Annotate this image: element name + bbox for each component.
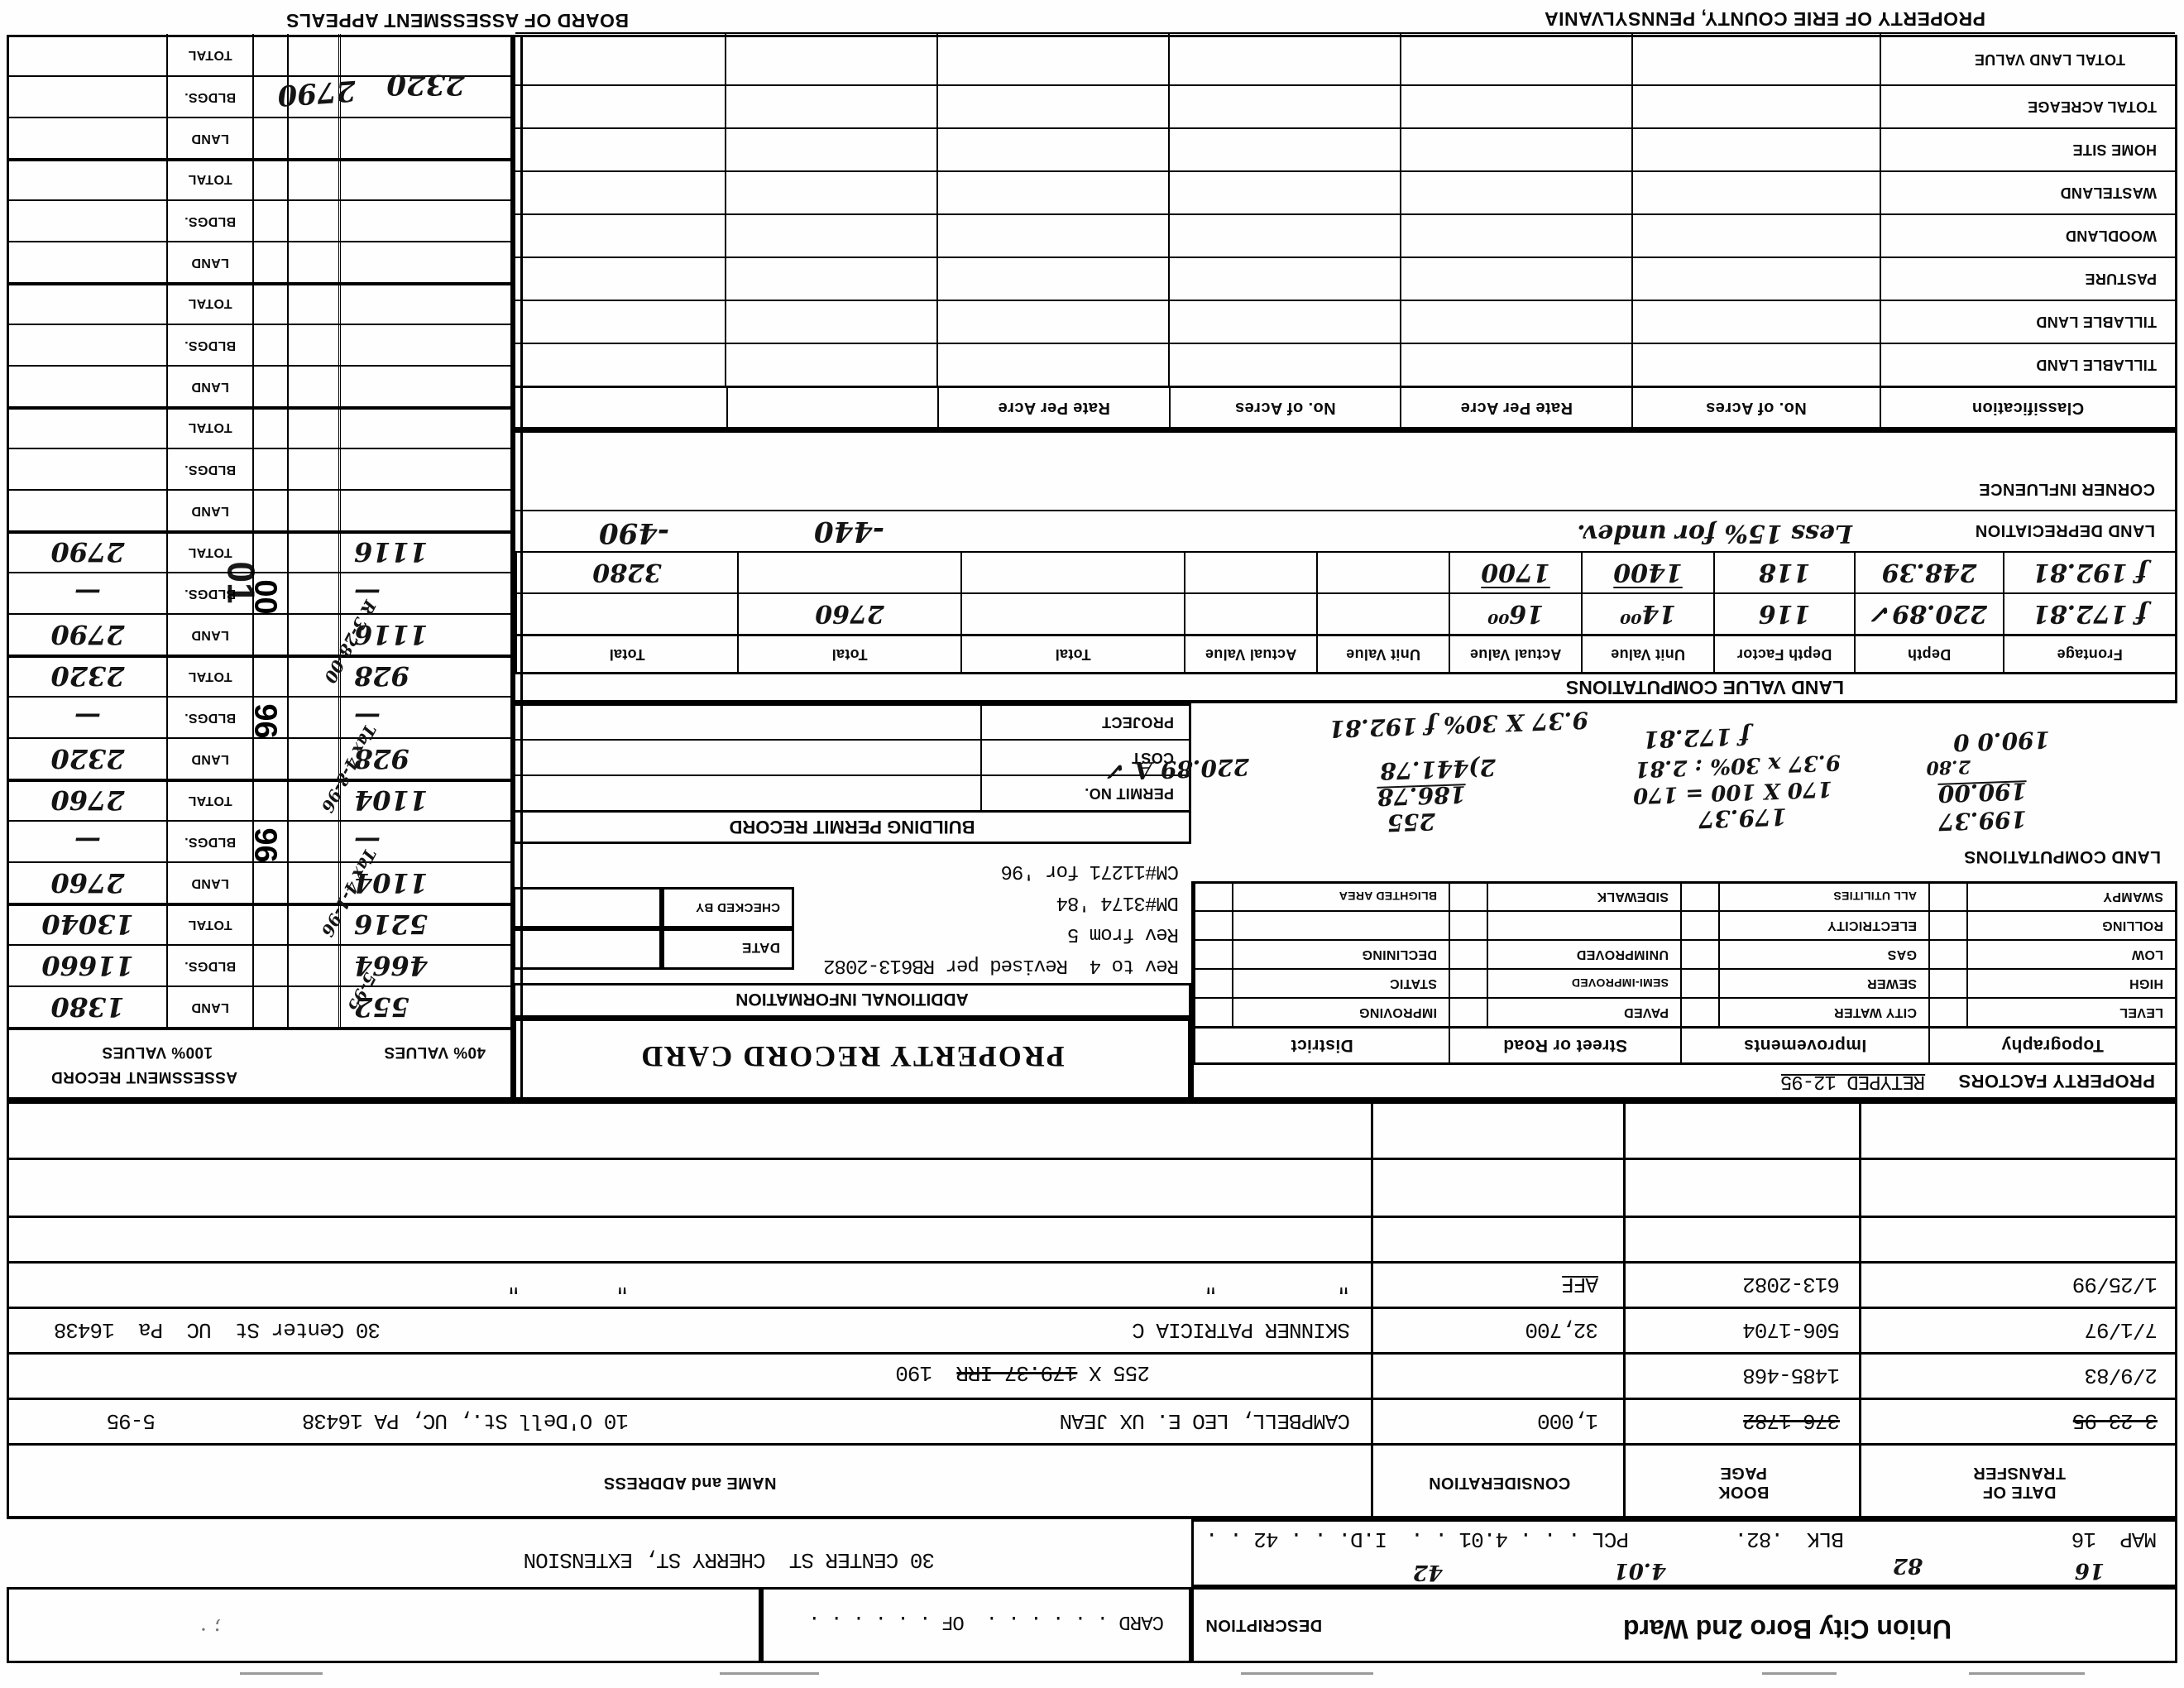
assessment-row: LAND: [9, 241, 510, 282]
lvc-column-header: Actual Value: [1184, 636, 1316, 672]
assessment-40pct-cell: 928: [338, 656, 510, 696]
assessment-100pct-cell: [9, 282, 166, 324]
classification-value-cell: [936, 301, 1168, 343]
assessment-row-label: BLDGS.: [184, 834, 236, 849]
assessment-40pct-cell: [338, 158, 510, 199]
factors-column-header: Improvements: [1680, 1029, 1928, 1062]
lvc-column-header: Total: [515, 636, 737, 672]
classification-value-cell: [1400, 301, 1631, 343]
dim-prefix: 255 X: [1077, 1360, 1150, 1385]
factor-cell: STATIC: [1194, 970, 1449, 997]
corner-influence-label: CORNER INFLUENCE: [1979, 479, 2155, 498]
pcl-handwritten: 4.01: [1614, 1558, 1666, 1583]
total-land-value-40: 2320: [386, 68, 465, 101]
assessment-stamp-cell: [252, 34, 287, 75]
factor-cell: DECLINING: [1194, 941, 1449, 968]
assessment-note-cell: [287, 573, 338, 613]
factor-label: HIGH: [2129, 976, 2163, 991]
grid-line: [520, 35, 523, 1101]
property-address: 30 CENTER ST CHERRY ST, EXTENSION: [524, 1547, 936, 1572]
classification-value-cell: [1631, 301, 1880, 343]
classification-label: WASTELAND: [2060, 185, 2157, 202]
lvc-handwritten-value: 248.39: [1882, 559, 1977, 587]
assessment-row-label: TOTAL: [188, 544, 232, 559]
factor-label: GAS: [1887, 947, 1917, 962]
classification-value-cell: [936, 129, 1168, 170]
transfer-date: 7/1/97: [2085, 1317, 2158, 1342]
lvc-column-header: Depth Factor: [1713, 636, 1854, 672]
classification-value-cell: [1631, 258, 1880, 300]
lvc-handwritten-value: ƒ 192.81: [2033, 559, 2147, 587]
classification-value-cell: [725, 86, 936, 127]
lvc-titlebar: LAND VALUE COMPUTATIONS: [515, 672, 2175, 700]
lvc-row: ƒ 192.81248.39118140017003280: [515, 551, 2175, 592]
assessment-stamp-cell: [252, 904, 287, 944]
assessment-row: BLDGS.: [9, 448, 510, 489]
assessment-row: TOTAL: [9, 406, 510, 448]
assessment-row-label-cell: LAND: [166, 491, 252, 530]
assessment-group: 1116LAND2790—BLDGS.—1116TOTAL2790R 3-28-…: [9, 530, 510, 655]
dim-struck: 179.37 IRR: [956, 1360, 1077, 1385]
transfer-column-header: BOOKPAGE: [1626, 1446, 1861, 1519]
assessment-row: 5216TOTAL13040: [9, 903, 510, 944]
classification-label-cell: TOTAL LAND VALUE: [1880, 34, 2175, 84]
assessment-row-label-cell: BLDGS.: [166, 201, 252, 241]
factor-cell: [1449, 912, 1680, 939]
card-of-line: CARD . . . . . . OF . . . . . .: [809, 1610, 1164, 1633]
scanned-document: Union City Boro 2nd Ward DESCRIPTION CAR…: [0, 0, 2184, 1688]
classification-label: WOODLAND: [2066, 228, 2157, 245]
classification-value-cell: [1631, 86, 1880, 127]
factor-label: SEMI-IMPROVED: [1572, 977, 1669, 990]
assessment-note-cell: [287, 34, 338, 75]
transfer-name: SKINNER PATRICIA C: [1133, 1317, 1350, 1342]
assessment-note-cell: [287, 201, 338, 241]
pct100-header: 100% VALUES: [102, 1043, 213, 1061]
date-label-box: DATE: [662, 928, 794, 970]
classification-value-cell: [515, 301, 725, 343]
assessment-group: LANDBLDGS.TOTAL: [9, 158, 510, 282]
assessment-stamp-cell: [252, 242, 287, 282]
record-card-title-box: PROPERTY RECORD CARD: [513, 1018, 1191, 1101]
assessment-stamp-cell: [252, 201, 287, 241]
transfer-column-header-line: DATE OF: [1982, 1483, 2056, 1502]
handwritten-computation: 9.37 X 30% ƒ 192.81: [1329, 707, 1589, 743]
factors-column-header: Topography: [1928, 1029, 2175, 1062]
scan-artifact: [1762, 1672, 1837, 1675]
lvc-value-cell: 3280: [515, 553, 737, 592]
classification-column-header: No. of Acres: [1169, 388, 1401, 427]
classification-label-cell: WOODLAND: [1880, 215, 2175, 257]
lvc-handwritten-value: 14⁰⁰: [1620, 600, 1676, 629]
classification-label: PASTURE: [2085, 271, 2157, 288]
classification-rows: TILLABLE LANDTILLABLE LANDPASTUREWOODLAN…: [515, 32, 2175, 386]
assessment-row-label: TOTAL: [188, 47, 232, 62]
factor-cell: SIDEWALK: [1449, 883, 1680, 910]
assessment-row-label: TOTAL: [188, 793, 232, 808]
classification-value-cell: [1168, 34, 1400, 84]
year-stamp: 96: [247, 827, 282, 862]
upside-down-scan-wrapper: Union City Boro 2nd Ward DESCRIPTION CAR…: [0, 0, 2184, 1688]
lvc-handwritten-value: 1400: [1613, 559, 1683, 587]
assessment-100pct-cell: —: [9, 822, 166, 861]
property-factors-title: PROPERTY FACTORS: [1958, 1071, 2155, 1092]
assessment-row-label: BLDGS.: [184, 338, 236, 352]
handwritten-computation: 199.37: [1937, 805, 2027, 836]
transfer-address: 10 O'Dell St., UC, PA 16438: [303, 1408, 629, 1433]
factor-cell: CITY WATER: [1680, 999, 1928, 1026]
assessment-note-cell: [287, 449, 338, 489]
classification-row: HOME SITE: [515, 127, 2175, 170]
classification-value-cell: [936, 344, 1168, 386]
classification-value-cell: [1400, 215, 1631, 257]
factor-checkbox: [1930, 999, 1968, 1026]
lvc-handwritten-value: 1700: [1481, 559, 1550, 587]
lvc-column-header: Total: [960, 636, 1184, 672]
assessment-row: TOTAL: [9, 158, 510, 199]
land-computations-label: LAND COMPUTATIONS: [1964, 846, 2161, 866]
assessment-row-label-cell: BLDGS.: [166, 325, 252, 365]
assessment-100pct-cell: 2320: [9, 739, 166, 779]
assessment-row-label-cell: LAND: [166, 118, 252, 158]
permit-label-cell: PROJECT: [980, 705, 1189, 739]
classification-column-header: Classification: [1880, 388, 2175, 427]
date-value-box: [513, 928, 662, 970]
year-stamp: 96: [247, 703, 282, 738]
handwritten-computation: ƒ 172.81: [1643, 722, 1751, 753]
assessment-100pct-cell: 13040: [9, 904, 166, 944]
assessment-row: 1104TOTAL2760: [9, 779, 510, 820]
assessment-stamp-cell: [252, 406, 287, 448]
transfer-column-header-line: CONSIDERATION: [1429, 1473, 1571, 1492]
pct40-header: 40% VALUES: [384, 1043, 486, 1061]
assessment-row: 928TOTAL2320: [9, 655, 510, 696]
factor-cell: GAS: [1680, 941, 1928, 968]
transfer-column-header: NAME and ADDRESS: [7, 1446, 1373, 1519]
assessment-row-label-cell: LAND: [166, 367, 252, 406]
classification-label: TOTAL LAND VALUE: [1975, 50, 2125, 68]
assessment-row-label-cell: TOTAL: [166, 282, 252, 324]
classification-value-cell: [725, 344, 936, 386]
assessment-stamp-cell: [252, 282, 287, 324]
assessment-100pct-cell: 11660: [9, 946, 166, 985]
lvc-value-cell: 220.89✓: [1854, 594, 2003, 634]
factor-label: LEVEL: [2119, 1005, 2163, 1020]
classification-value-cell: [1168, 258, 1400, 300]
classification-label-cell: HOME SITE: [1880, 129, 2175, 170]
classification-value-cell: [515, 172, 725, 213]
assessment-100pct-cell: [9, 77, 166, 117]
factor-cell: SEWER: [1680, 970, 1928, 997]
classification-value-cell: [515, 258, 725, 300]
lvc-handwritten-value: 116: [1759, 600, 1811, 629]
classification-value-cell: [725, 301, 936, 343]
transfer-row: 3-23-95376-17821,000CAMPBELL, LEO E. UX …: [7, 1398, 2177, 1443]
record-card-title: PROPERTY RECORD CARD: [516, 1039, 1188, 1074]
assessment-row-label-cell: TOTAL: [166, 158, 252, 199]
assessment-row: BLDGS.: [9, 199, 510, 241]
assessment-stamp-cell: [252, 739, 287, 779]
date-label: DATE: [742, 939, 780, 956]
classification-row: WASTELAND: [515, 170, 2175, 213]
lvc-value-cell: [1316, 594, 1449, 634]
assessment-row-label-cell: TOTAL: [166, 780, 252, 820]
assessment-40pct-value: 928: [354, 660, 409, 692]
building-permit-title: BUILDING PERMIT RECORD: [730, 817, 975, 838]
lvc-column-header: Frontage: [2003, 636, 2175, 672]
assessment-100pct-cell: —: [9, 573, 166, 613]
transfer-book: 376-1782: [1743, 1408, 1840, 1433]
property-factors-table: PROPERTY FACTORS RETYPED 12-95 Topograph…: [1191, 881, 2177, 1101]
classification-value-cell: [1168, 301, 1400, 343]
scan-artifact: [1241, 1672, 1373, 1675]
assessment-40pct-cell: 5216: [338, 904, 510, 944]
grid-line: [1623, 1101, 1626, 1519]
transfer-book: 613-2082: [1743, 1272, 1840, 1297]
assessment-groups: 552LAND13804664BLDGS.116605216TOTAL13040…: [9, 35, 510, 1027]
assessment-stamp-cell: [252, 325, 287, 365]
assessment-100pct-cell: 2760: [9, 863, 166, 903]
factors-column-header: District: [1194, 1029, 1449, 1062]
classification-label-cell: TOTAL ACREAGE: [1880, 86, 2175, 127]
transfer-column-header-line: TRANSFER: [1973, 1464, 2066, 1483]
lvc-column-header: Unit Value: [1316, 636, 1449, 672]
assessment-stamp-cell: [252, 987, 287, 1027]
grid-line: [1859, 1101, 1861, 1519]
assessment-group: LANDBLDGS.TOTAL: [9, 282, 510, 406]
lvc-handwritten-value: 118: [1759, 559, 1811, 587]
assessment-100pct-cell: [9, 34, 166, 75]
classification-label: TOTAL ACREAGE: [2028, 98, 2157, 116]
assessment-100pct-value: 2760: [50, 867, 124, 899]
factors-column-header: Street or Road: [1449, 1029, 1680, 1062]
factor-checkbox: [1195, 941, 1233, 968]
ward-header-box: Union City Boro 2nd Ward DESCRIPTION: [1191, 1587, 2177, 1663]
classification-value-cell: [725, 34, 936, 84]
blk-field: BLK .82.: [1736, 1527, 1844, 1551]
classification-value-cell: [725, 215, 936, 257]
scan-artifact: [1969, 1672, 2085, 1675]
classification-value-cell: [1400, 129, 1631, 170]
assessment-note-cell: [287, 987, 338, 1027]
classification-value-cell: [936, 34, 1168, 84]
assessment-stamp-cell: [252, 863, 287, 903]
factor-cell: PAVED: [1449, 999, 1680, 1026]
assessment-row-label-cell: BLDGS.: [166, 77, 252, 117]
assessment-40pct-cell: [338, 449, 510, 489]
permit-label: PROJECT: [1102, 713, 1174, 731]
assessment-40pct-cell: [338, 325, 510, 365]
assessment-100pct-cell: [9, 325, 166, 365]
land-computations-area: LAND COMPUTATIONS 199.37190.002.80190.0 …: [1191, 703, 2177, 881]
permit-value-cell: [515, 776, 980, 810]
checked-by-value-box: [513, 887, 662, 928]
factor-cell: UNIMPROVED: [1449, 941, 1680, 968]
land-value-computations-table: LAND VALUE COMPUTATIONS FrontageDepthDep…: [513, 430, 2177, 703]
lvc-row: ƒ 172.81220.89✓11614⁰⁰16⁰⁰2760: [515, 592, 2175, 634]
lvc-value-cell: [1184, 594, 1316, 634]
map-handwritten: 16: [2075, 1558, 2105, 1583]
lvc-header-row: FrontageDepthDepth FactorUnit ValueActua…: [515, 634, 2175, 672]
factor-label: STATIC: [1390, 976, 1437, 991]
assessment-100pct-value: 2760: [50, 784, 124, 816]
assessment-note-cell: [287, 946, 338, 985]
factor-cell: [1194, 912, 1449, 939]
assessment-record-block: 40% VALUES ASSESSMENT RECORD 100% VALUES…: [7, 35, 513, 1101]
factors-rows: LEVELCITY WATERPAVEDIMPROVINGHIGHSEWERSE…: [1194, 881, 2175, 1026]
assessment-row-label: LAND: [191, 131, 229, 146]
land-depreciation-row: LAND DEPRECIATION Less 15% for undev. -4…: [515, 510, 2175, 551]
assessment-stamp-cell: [252, 615, 287, 655]
lvc-value-cell: 248.39: [1854, 553, 2003, 592]
checked-by-label: CHECKED BY: [696, 900, 780, 914]
building-permit-titlebar: BUILDING PERMIT RECORD: [515, 810, 1189, 842]
transfer-consideration: 32,700: [1525, 1317, 1598, 1342]
assessment-row-label-cell: LAND: [166, 739, 252, 779]
classification-label-cell: PASTURE: [1880, 258, 2175, 300]
assessment-100pct-value: —: [74, 826, 101, 857]
classification-value-cell: [1168, 172, 1400, 213]
classification-value-cell: [1631, 215, 1880, 257]
assessment-row-label: LAND: [191, 379, 229, 394]
factor-checkbox: [1930, 941, 1968, 968]
classification-label: TILLABLE LAND: [2036, 314, 2157, 331]
assessment-row: LAND: [9, 365, 510, 406]
assessment-row-label: LAND: [191, 1000, 229, 1014]
assessment-row: TOTAL: [9, 282, 510, 324]
classification-value-cell: [936, 172, 1168, 213]
assessment-100pct-value: 2320: [50, 743, 124, 774]
info-note: DM#3174 '84: [1057, 891, 1179, 914]
lvc-value-cell: [960, 553, 1184, 592]
corner-influence-row: CORNER INFLUENCE: [515, 468, 2175, 510]
classification-header-row: ClassificationNo. of AcresRate Per AcreN…: [515, 386, 2175, 427]
scan-artifact: [720, 1672, 819, 1675]
lvc-value-cell: 2760: [737, 594, 960, 634]
assessment-100pct-cell: [9, 491, 166, 530]
building-permit-table: BUILDING PERMIT RECORD PERMIT NO.COSTPRO…: [513, 703, 1191, 844]
classification-value-cell: [515, 86, 725, 127]
assessment-row-label: TOTAL: [188, 171, 232, 186]
blk-handwritten: 82: [1893, 1553, 1923, 1578]
classification-value-cell: [725, 129, 936, 170]
assessment-stamp-cell: [252, 367, 287, 406]
lvc-value-cell: 14⁰⁰: [1581, 594, 1713, 634]
assessment-row: 928LAND2320: [9, 737, 510, 779]
assessment-40pct-cell: [338, 367, 510, 406]
classification-label: HOME SITE: [2072, 141, 2157, 159]
assessment-row-label-cell: TOTAL: [166, 656, 252, 696]
assessment-note-cell: [287, 118, 338, 158]
info-note: Rev from 5: [1068, 923, 1179, 945]
additional-info-bar: ADDITIONAL INFORMATION: [513, 983, 1191, 1018]
classification-label-cell: WASTELAND: [1880, 172, 2175, 213]
permit-label: PERMIT NO.: [1085, 784, 1174, 802]
classification-label-cell: TILLABLE LAND: [1880, 344, 2175, 386]
transfer-column-header: CONSIDERATION: [1373, 1446, 1626, 1519]
classification-value-cell: [515, 344, 725, 386]
assessment-row-label: BLDGS.: [184, 213, 236, 228]
factor-checkbox: [1682, 941, 1720, 968]
lvc-value-cell: 16⁰⁰: [1449, 594, 1581, 634]
handwritten-computation: 2.80: [1926, 755, 1971, 779]
assessment-100pct-value: 2320: [50, 660, 124, 692]
factor-checkbox: [1682, 999, 1720, 1026]
assessment-stamp-cell: [252, 491, 287, 530]
transfer-book: 506-1704: [1743, 1317, 1840, 1342]
classification-value-cell: [1168, 86, 1400, 127]
assessment-row-label: LAND: [191, 751, 229, 766]
classification-column-header: No. of Acres: [1631, 388, 1880, 427]
factor-checkbox: [1682, 970, 1720, 997]
lvc-value-cell: [1184, 553, 1316, 592]
land-depreciation-note: Less 15% for undev.: [1577, 519, 1852, 548]
assessment-row-label-cell: LAND: [166, 863, 252, 903]
factor-label: SWAMPY: [2103, 890, 2163, 904]
factor-label: CITY WATER: [1834, 1005, 1917, 1020]
id-handwritten: 42: [1413, 1560, 1443, 1585]
assessment-row-label-cell: LAND: [166, 987, 252, 1027]
assessment-row-label: TOTAL: [188, 917, 232, 932]
assessment-note-cell: [287, 698, 338, 737]
assessment-100pct-value: 11660: [41, 950, 133, 981]
factor-label: LOW: [2132, 947, 2163, 962]
assessment-stamp-cell: [252, 118, 287, 158]
assessment-100pct-cell: [9, 242, 166, 282]
assessment-group: 928LAND2320—BLDGS.—928TOTAL2320Tax 4-8-9…: [9, 655, 510, 779]
factor-cell: LOW: [1928, 941, 2175, 968]
factor-cell: ELECTRICITY: [1680, 912, 1928, 939]
assessment-note-cell: [287, 863, 338, 903]
factor-cell: LEVEL: [1928, 999, 2175, 1026]
permit-rows: PERMIT NO.COSTPROJECT: [515, 703, 1189, 810]
classification-value-cell: [1168, 129, 1400, 170]
assessment-row-label-cell: LAND: [166, 615, 252, 655]
additional-info-label: ADDITIONAL INFORMATION: [515, 989, 1189, 1009]
transfer-column-header-line: NAME and ADDRESS: [604, 1473, 777, 1492]
classification-column-header: [726, 388, 938, 427]
lvc-value-cell: ƒ 192.81: [2003, 553, 2175, 592]
assessment-stamp-cell: [252, 656, 287, 696]
classification-label-cell: TILLABLE LAND: [1880, 301, 2175, 343]
handwritten-computation: 170 X 100 = 170: [1633, 776, 1833, 808]
factor-checkbox: [1450, 912, 1488, 939]
assessment-note-cell: [287, 491, 338, 530]
assessment-40pct-cell: [338, 491, 510, 530]
factors-header-row: TopographyImprovementsStreet or RoadDist…: [1194, 1026, 2175, 1062]
year-stamp: 01: [218, 561, 263, 603]
assessment-100pct-cell: 2320: [9, 656, 166, 696]
factor-cell: SEMI-IMPROVED: [1449, 970, 1680, 997]
factor-label: BLIGHTED AREA: [1339, 890, 1438, 904]
transfer-row: [7, 1101, 2177, 1158]
transfer-row: 1/25/99613-2082AFF″ ″″ ″: [7, 1261, 2177, 1307]
factors-row: ROLLINGELECTRICITY: [1194, 910, 2175, 939]
assessment-100pct-value: 2790: [50, 536, 124, 568]
assessment-row-label: TOTAL: [188, 420, 232, 434]
top-right-box: ; ·: [7, 1587, 761, 1663]
lvc-handwritten-value: ƒ 172.81: [2033, 600, 2147, 629]
transfer-address: 30 Center St UC Pa 16438: [55, 1317, 381, 1342]
lvc-handwritten-value: 220.89✓: [1871, 600, 1987, 629]
transfer-row: [7, 1216, 2177, 1261]
description-label: DESCRIPTION: [1205, 1615, 1322, 1634]
assessment-40pct-cell: 1104: [338, 780, 510, 820]
assessment-100pct-cell: [9, 158, 166, 199]
retyped-note: RETYPED 12-95: [1781, 1070, 1925, 1092]
assessment-row-label-cell: TOTAL: [166, 34, 252, 75]
classification-value-cell: [725, 258, 936, 300]
